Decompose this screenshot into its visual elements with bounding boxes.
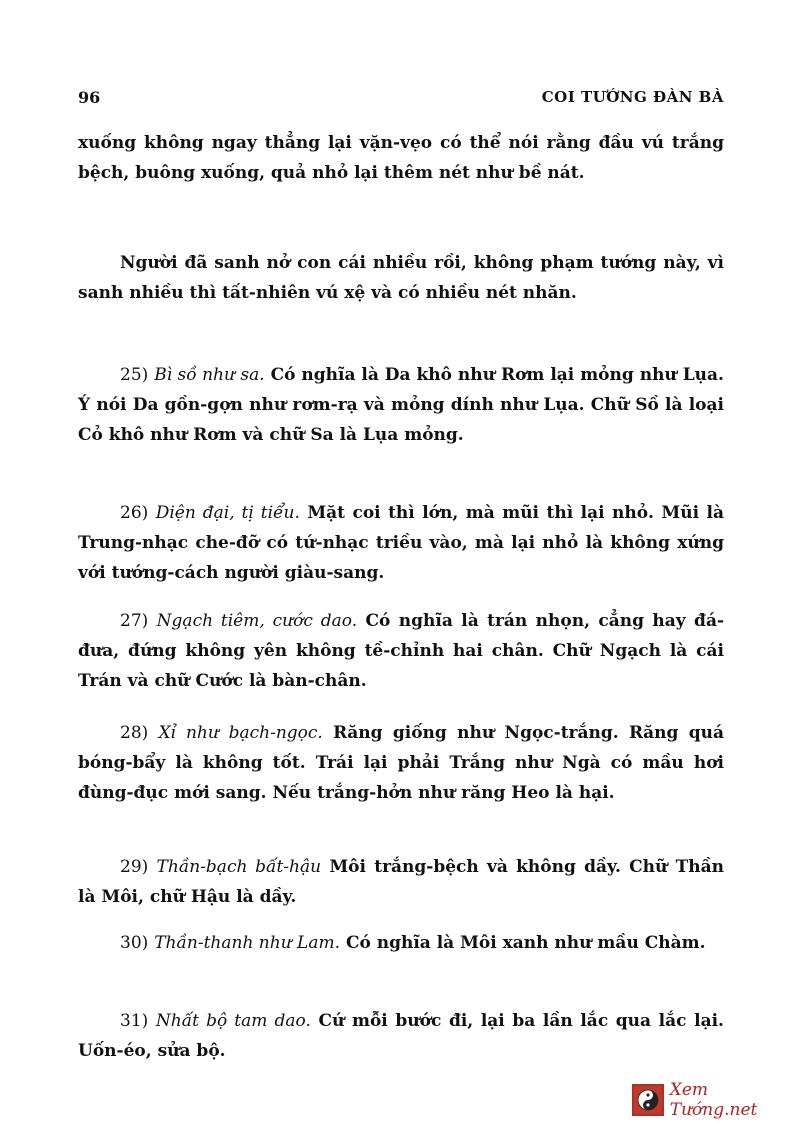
watermark-logo: Xem Tướng.net (632, 1080, 800, 1120)
paragraph-text: xuống không ngay thẳng lại vặn-vẹo có th… (78, 133, 724, 183)
entry-25: 25) Bì sồ như sa. Có nghĩa là Da khô như… (78, 360, 724, 450)
entry-number: 31) (120, 1011, 148, 1031)
entry-term: Bì sồ như sa. (154, 365, 264, 385)
entry-number: 28) (120, 723, 148, 743)
entry-31: 31) Nhất bộ tam dao. Cứ mỗi bước đi, lại… (78, 1006, 724, 1066)
paragraph-continuation: xuống không ngay thẳng lại vặn-vẹo có th… (78, 128, 724, 188)
running-title: COI TƯỚNG ĐÀN BÀ (542, 88, 724, 106)
entry-term: Thần-thanh như Lam. (154, 933, 340, 953)
entry-number: 25) (120, 365, 148, 385)
entry-27: 27) Ngạch tiêm, cước dao. Có nghĩa là tr… (78, 606, 724, 696)
entry-term: Ngạch tiêm, cước dao. (157, 611, 357, 631)
entry-29: 29) Thần-bạch bất-hậu Môi trắng-bệch và … (78, 852, 724, 912)
page-number: 96 (78, 88, 100, 107)
entry-term: Diện đại, tị tiểu. (156, 503, 300, 523)
entry-term: Nhất bộ tam dao. (156, 1011, 311, 1031)
entry-30: 30) Thần-thanh như Lam. Có nghĩa là Môi … (78, 928, 724, 958)
entry-number: 27) (120, 611, 148, 631)
entry-number: 26) (120, 503, 148, 523)
entry-text: Có nghĩa là Môi xanh như mầu Chàm. (346, 933, 706, 953)
watermark-text: Xem Tướng.net (670, 1080, 800, 1120)
paragraph-note: Người đã sanh nở con cái nhiều rồi, khôn… (78, 248, 724, 308)
yin-yang-icon (632, 1084, 664, 1116)
page-header: 96 COI TƯỚNG ĐÀN BÀ (78, 88, 724, 110)
entry-26: 26) Diện đại, tị tiểu. Mặt coi thì lớn, … (78, 498, 724, 588)
entry-term: Thần-bạch bất-hậu (157, 857, 322, 877)
entry-number: 29) (120, 857, 148, 877)
entry-28: 28) Xỉ như bạch-ngọc. Răng giống như Ngọ… (78, 718, 724, 808)
paragraph-text: Người đã sanh nở con cái nhiều rồi, khôn… (78, 253, 724, 303)
entry-term: Xỉ như bạch-ngọc. (159, 723, 323, 743)
entry-number: 30) (120, 933, 148, 953)
